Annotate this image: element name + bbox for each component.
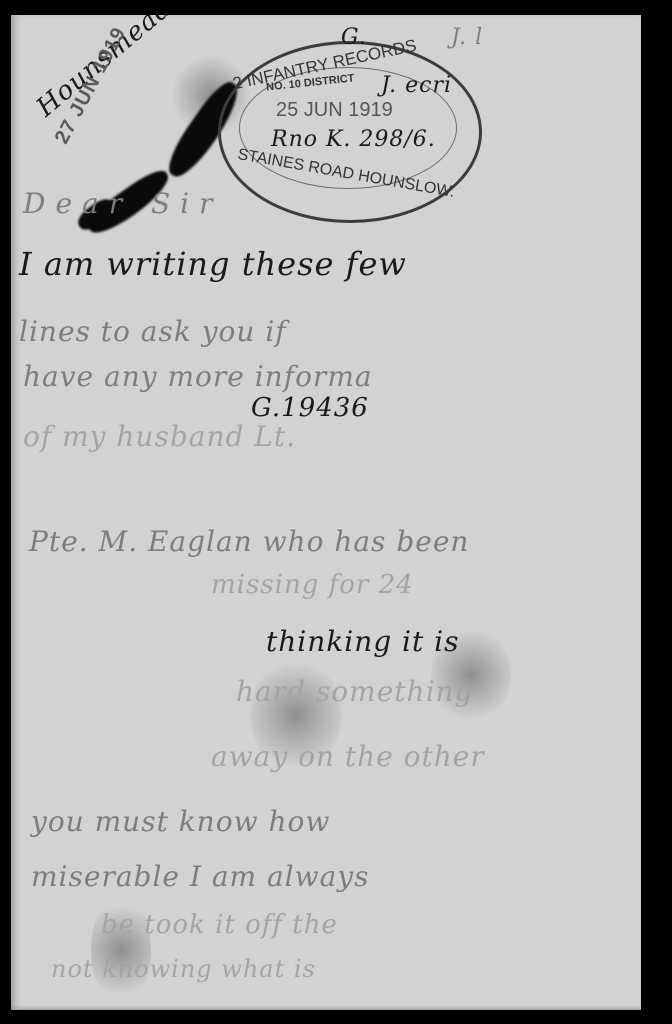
letter-line-1: I am writing these few (19, 245, 407, 283)
letter-line-7: thinking it is (266, 625, 459, 658)
note-top-right-1: G. (341, 25, 367, 50)
letter-line-11: miserable I am always (31, 860, 369, 893)
note-top-right-3: J. ecri (381, 73, 452, 98)
service-number: G.19436 (251, 393, 369, 423)
letter-line-10: you must know how (31, 805, 330, 838)
stamp-date: 25 JUN 1919 (276, 99, 393, 122)
note-top-right-2: J. l (451, 25, 483, 50)
letter-line-2: lines to ask you if (19, 315, 287, 348)
letter-line-5: Pte. M. Eaglan who has been (29, 525, 469, 558)
letter-line-12: be took it off the (101, 910, 338, 940)
letter-line-3: have any more informa (23, 360, 373, 393)
letter-line-4: of my husband Lt. (23, 420, 296, 453)
letter-line-13: not knowing what is (51, 955, 316, 983)
salutation: Dear Sir (23, 187, 223, 220)
letter-page: Hounsmead 27 JUN 1919 2 INFANTRY RECORDS… (11, 15, 641, 1010)
stamp-handwritten-ref: Rno K. 298/6. (271, 127, 436, 152)
letter-line-9: away on the other (211, 740, 485, 773)
letter-line-6: missing for 24 (211, 570, 414, 600)
letter-line-8: hard something (236, 675, 473, 708)
